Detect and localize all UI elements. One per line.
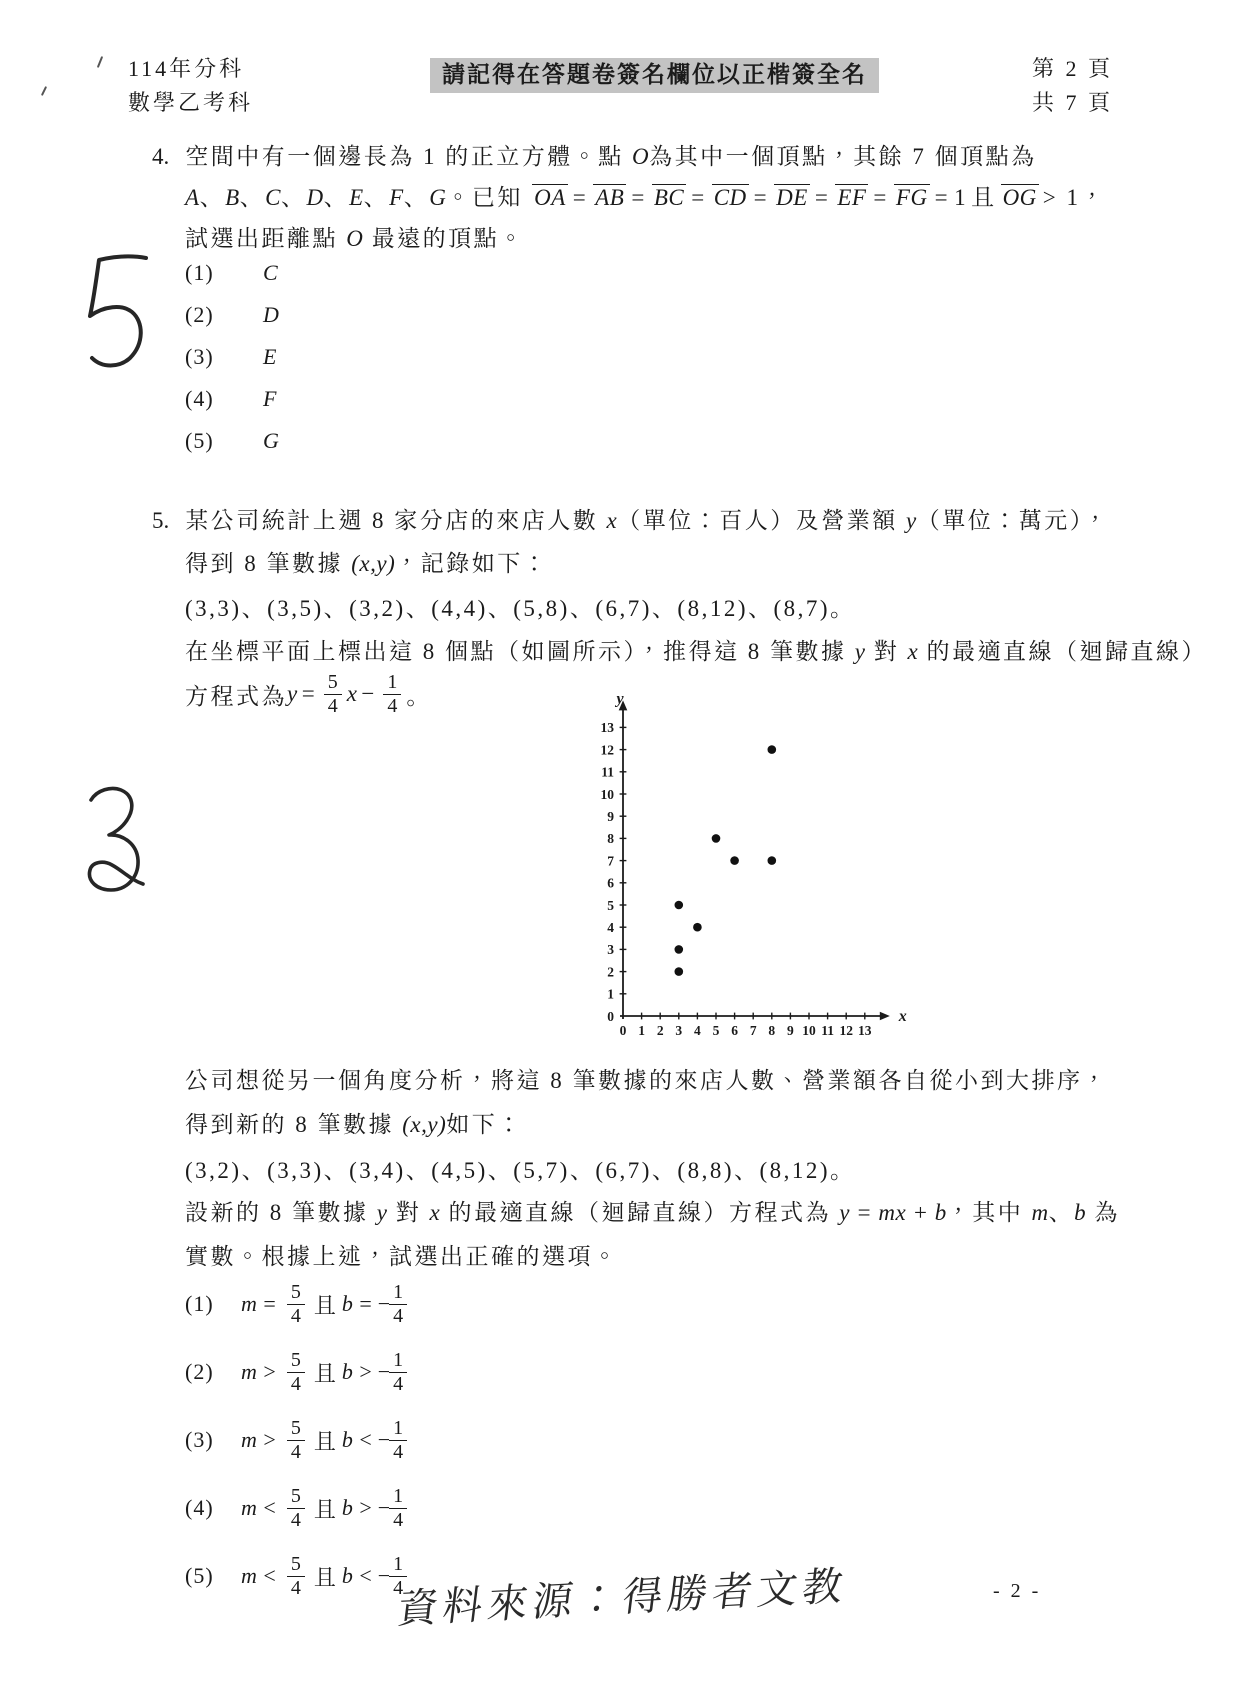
q5-data-list-2: (3,2)、(3,3)、(3,4)、(4,5)、(5,7)、(6,7)、(8,8… <box>185 1156 856 1186</box>
q5-para3: 設新的 8 筆數據 y 對 x 的最適直線（迴歸直線）方程式為 y = mx +… <box>185 1198 1120 1228</box>
conjunction-and: 且 <box>314 1357 338 1388</box>
q4-var-O: O <box>632 144 649 169</box>
q4-option-1: (1)C <box>185 260 278 286</box>
svg-text:12: 12 <box>601 742 615 757</box>
stray-pen-mark-1 <box>97 56 103 68</box>
q5-option-5: (5)m<54且b<−14 <box>185 1548 412 1604</box>
q5-option-4: (4)m<54且b>−14 <box>185 1480 412 1536</box>
option-value: C <box>263 260 278 286</box>
q4-option-3: (3)E <box>185 344 277 370</box>
equation-prefix: 方程式為 <box>185 678 287 711</box>
exam-title: 114年分科 數學乙考科 <box>128 52 253 120</box>
exam-page: 114年分科 數學乙考科 請記得在答題卷簽名欄位以正楷簽全名 第 2 頁 共 7… <box>0 0 1240 1702</box>
q5-para4: 實數。根據上述，試選出正確的選項。 <box>185 1242 619 1272</box>
fraction-numerator: 5 <box>287 1554 305 1577</box>
q4-segment-AB: AB <box>593 184 626 210</box>
q4-vertex: C <box>265 185 281 210</box>
q4-option-5: (5)G <box>185 428 279 454</box>
option-var-m: m <box>241 1291 257 1317</box>
option-var-b: b <box>342 1427 354 1453</box>
equation-var-x: x <box>347 681 358 707</box>
option-value: D <box>263 302 279 328</box>
footer-page-number: - 2 - <box>993 1580 1041 1603</box>
svg-text:7: 7 <box>750 1023 757 1038</box>
page-indicator-total: 共 7 頁 <box>1032 86 1113 120</box>
svg-text:4: 4 <box>607 920 614 935</box>
q5-var-x: x <box>907 639 918 664</box>
equals-sign: = <box>631 185 646 210</box>
equation-period: 。 <box>406 678 429 711</box>
q5-para3-text-c: 的最適直線（迴歸直線）方程式為 <box>440 1200 839 1225</box>
equals-sign: = <box>302 681 315 707</box>
q4-segment-FG: FG <box>894 184 930 210</box>
equation-var-y: y <box>287 681 298 707</box>
relation-sign: = <box>359 1291 371 1317</box>
svg-text:0: 0 <box>607 1009 614 1024</box>
relation-sign: > <box>359 1495 371 1521</box>
relation-sign: > <box>263 1427 275 1453</box>
conjunction-and: 且 <box>314 1289 338 1320</box>
header-notice-wrap: 請記得在答題卷簽名欄位以正楷簽全名 <box>430 56 879 89</box>
option-label: (2) <box>185 1359 241 1385</box>
relation-sign: < <box>359 1427 371 1453</box>
q5-line2: 得到 8 筆數據 (x,y)，記錄如下： <box>185 549 548 579</box>
svg-text:x: x <box>898 1008 907 1025</box>
svg-text:2: 2 <box>657 1023 664 1038</box>
q5-line2-text-b: ，記錄如下： <box>395 551 548 576</box>
svg-text:11: 11 <box>601 765 614 780</box>
q5-line1-text-c: （單位：萬元）， <box>917 508 1110 533</box>
option-label: (1) <box>185 1291 241 1317</box>
option-var-b: b <box>342 1359 354 1385</box>
option-value: F <box>263 386 277 412</box>
fraction-numerator: 1 <box>389 1350 407 1373</box>
svg-text:5: 5 <box>607 898 614 913</box>
svg-text:7: 7 <box>607 853 614 868</box>
conjunction-and: 且 <box>314 1493 338 1524</box>
q4-option-2: (2)D <box>185 302 279 328</box>
fraction-5-4: 54 <box>287 1486 305 1531</box>
source-note-handwriting: 資料來源：得勝者文教 <box>395 1554 851 1635</box>
q5-var-y: y <box>377 1200 388 1225</box>
fraction-5-4: 54 <box>287 1418 305 1463</box>
q4-line2-known: 。已知 <box>446 185 531 210</box>
svg-text:8: 8 <box>607 831 614 846</box>
q4-line3: 試選出距離點 O 最遠的頂點。 <box>185 224 525 254</box>
q5-para3-sep: 、 <box>1049 1200 1075 1225</box>
option-var-m: m <box>241 1563 257 1589</box>
fraction-denominator: 4 <box>291 1373 301 1395</box>
q4-line1: 4.空間中有一個邊長為 1 的正立方體。點 O為其中一個頂點，其餘 7 個頂點為 <box>152 142 1037 172</box>
q5-line4: 在坐標平面上標出這 8 個點（如圖所示），推得這 8 筆數據 y 對 x 的最適… <box>185 637 1207 667</box>
relation-sign: < <box>263 1563 275 1589</box>
q4-og-inequality: > 1， <box>1043 185 1106 210</box>
conjunction-and: 且 <box>314 1561 338 1592</box>
fraction-denominator: 4 <box>393 1305 403 1327</box>
q5-var-x: x <box>429 1200 440 1225</box>
q4-vertex-sep: 、 <box>281 185 307 210</box>
q4-vertex-sep: 、 <box>364 185 390 210</box>
relation-sign: < <box>359 1563 371 1589</box>
option-var-m: m <box>241 1427 257 1453</box>
q5-xy-tuple: (x,y) <box>351 551 395 576</box>
q4-line1-text-b: 為其中一個頂點，其餘 7 個頂點為 <box>649 144 1037 169</box>
q5-xy-tuple: (x,y) <box>402 1112 446 1137</box>
option-value: G <box>263 428 279 454</box>
q5-line4-text-a: 在坐標平面上標出這 8 個點（如圖所示），推得這 8 筆數據 <box>185 639 855 664</box>
q5-line1-text-b: （單位：百人）及營業額 <box>617 508 906 533</box>
equals-sign: = <box>754 185 769 210</box>
fraction-denominator: 4 <box>291 1305 301 1327</box>
q5-para3-text-a: 設新的 8 筆數據 <box>185 1200 377 1225</box>
handwritten-margin-digit-5 <box>82 248 152 372</box>
q5-para2-text: 公司想從另一個角度分析，將這 8 筆數據的來店人數、營業額各自從小到大排序， <box>185 1068 1108 1093</box>
svg-text:13: 13 <box>601 720 615 735</box>
q5-var-b: b <box>1074 1200 1086 1225</box>
fraction-5-4: 54 <box>287 1554 305 1599</box>
signature-notice: 請記得在答題卷簽名欄位以正楷簽全名 <box>430 58 879 93</box>
svg-text:4: 4 <box>694 1023 701 1038</box>
fraction-numerator: 5 <box>287 1350 305 1373</box>
q4-line1-text-a: 空間中有一個邊長為 1 的正立方體。點 <box>185 144 632 169</box>
svg-text:11: 11 <box>821 1023 834 1038</box>
svg-text:1: 1 <box>607 987 614 1002</box>
q5-line4-text-c: 的最適直線（迴歸直線） <box>918 639 1207 664</box>
relation-sign: = <box>263 1291 275 1317</box>
q4-line3-text-a: 試選出距離點 <box>185 226 346 251</box>
fraction-1-4: 14 <box>389 1282 407 1327</box>
option-label: (1) <box>185 260 237 286</box>
fraction-1-4: 14 <box>389 1350 407 1395</box>
q4-segment-OG: OG <box>1001 184 1039 210</box>
fraction-numerator: 1 <box>389 1418 407 1441</box>
exam-title-line1: 114年分科 <box>128 52 253 86</box>
svg-text:6: 6 <box>731 1023 738 1038</box>
q4-number: 4. <box>152 144 169 169</box>
fraction-denominator: 4 <box>291 1577 301 1599</box>
q4-segment-BC: BC <box>652 184 686 210</box>
fraction-numerator: 1 <box>389 1486 407 1509</box>
q5-para4-text: 實數。根據上述，試選出正確的選項。 <box>185 1244 619 1269</box>
option-label: (4) <box>185 1495 241 1521</box>
fraction-denominator: 4 <box>387 695 397 717</box>
q4-vertex: A <box>185 185 200 210</box>
page-indicator: 第 2 頁 共 7 頁 <box>1032 52 1113 120</box>
relation-sign: > <box>263 1359 275 1385</box>
q5-para2-line1: 公司想從另一個角度分析，將這 8 筆數據的來店人數、營業額各自從小到大排序， <box>185 1066 1108 1096</box>
fraction-numerator: 5 <box>287 1418 305 1441</box>
equals-sign: = <box>935 185 950 210</box>
fraction-denominator: 4 <box>291 1509 301 1531</box>
q5-line2-text-a: 得到 8 筆數據 <box>185 551 351 576</box>
q4-value-1: 1 <box>954 185 968 210</box>
fraction-numerator: 1 <box>389 1554 407 1577</box>
exam-title-line2: 數學乙考科 <box>128 86 253 120</box>
option-var-m: m <box>241 1495 257 1521</box>
fraction-numerator: 5 <box>324 672 342 695</box>
equals-sign: = <box>691 185 706 210</box>
equals-sign: = <box>815 185 830 210</box>
q5-para3-text-d: ，其中 <box>947 1200 1032 1225</box>
svg-text:5: 5 <box>713 1023 720 1038</box>
q5-data-list-1: (3,3)、(3,5)、(3,2)、(4,4)、(5,8)、(6,7)、(8,1… <box>185 594 856 624</box>
q4-segment-OA: OA <box>532 184 568 210</box>
fraction-numerator: 1 <box>389 1282 407 1305</box>
q4-vertex: B <box>225 185 240 210</box>
fraction-numerator: 1 <box>383 672 401 695</box>
fraction-5-4: 54 <box>287 1282 305 1327</box>
handwritten-margin-digit-3 <box>78 780 158 900</box>
q5-option-1: (1)m=54且b=−14 <box>185 1276 412 1332</box>
q4-and-word: 且 <box>971 185 997 210</box>
stray-pen-mark-2 <box>41 86 47 96</box>
svg-text:13: 13 <box>858 1023 872 1038</box>
q5-data-values-1: (3,3)、(3,5)、(3,2)、(4,4)、(5,8)、(6,7)、(8,1… <box>185 596 856 621</box>
q5-option-3: (3)m>54且b<−14 <box>185 1412 412 1468</box>
option-var-b: b <box>342 1495 354 1521</box>
svg-text:9: 9 <box>787 1023 794 1038</box>
svg-text:6: 6 <box>607 876 614 891</box>
fraction-denominator: 4 <box>393 1373 403 1395</box>
q4-segment-DE: DE <box>774 184 810 210</box>
q5-option-2: (2)m>54且b>−14 <box>185 1344 412 1400</box>
q5-model-equation: y = mx + b <box>839 1200 947 1225</box>
option-label: (5) <box>185 1563 241 1589</box>
equals-sign: = <box>873 185 888 210</box>
q4-vertex: G <box>429 185 446 210</box>
fraction-numerator: 5 <box>287 1282 305 1305</box>
svg-text:12: 12 <box>839 1023 853 1038</box>
svg-text:2: 2 <box>607 964 614 979</box>
q5-var-m: m <box>1032 1200 1049 1225</box>
svg-text:0: 0 <box>620 1023 627 1038</box>
q5-line4-text-b: 對 <box>865 639 907 664</box>
conjunction-and: 且 <box>314 1425 338 1456</box>
fraction-1-4: 14 <box>389 1418 407 1463</box>
q5-line1-text-a: 某公司統計上週 8 家分店的來店人數 <box>185 508 606 533</box>
fraction-denominator: 4 <box>291 1441 301 1463</box>
q4-vertex-sep: 、 <box>240 185 266 210</box>
q5-line1: 5.某公司統計上週 8 家分店的來店人數 x（單位：百人）及營業額 y（單位：萬… <box>152 506 1109 536</box>
svg-text:y: y <box>614 690 624 707</box>
fraction-denominator: 4 <box>393 1509 403 1531</box>
q4-vertex: F <box>389 185 404 210</box>
svg-text:3: 3 <box>607 942 614 957</box>
svg-text:9: 9 <box>607 809 614 824</box>
q5-var-x: x <box>607 508 618 533</box>
svg-text:10: 10 <box>802 1023 816 1038</box>
q5-var-y: y <box>906 508 917 533</box>
svg-text:1: 1 <box>638 1023 645 1038</box>
q4-vertex-sep: 、 <box>404 185 430 210</box>
relation-sign: > <box>359 1359 371 1385</box>
fraction-denominator: 4 <box>393 1441 403 1463</box>
q4-line2: A、B、C、D、E、F、G。已知 OA=AB=BC=CD=DE=EF=FG=1且… <box>185 183 1109 213</box>
option-var-m: m <box>241 1359 257 1385</box>
fraction-1-4: 14 <box>383 672 401 717</box>
q4-line3-text-b: 最遠的頂點。 <box>363 226 524 251</box>
option-label: (3) <box>185 344 237 370</box>
q4-vertex: E <box>349 185 364 210</box>
fraction-denominator: 4 <box>328 695 338 717</box>
fraction-5-4: 54 <box>287 1350 305 1395</box>
q5-para3-text-b: 對 <box>387 1200 429 1225</box>
option-label: (4) <box>185 386 237 412</box>
q4-vertex: D <box>306 185 323 210</box>
q4-option-4: (4)F <box>185 386 277 412</box>
q5-para3-text-e: 為 <box>1086 1200 1120 1225</box>
q4-vertex-sep: 、 <box>200 185 226 210</box>
option-label: (5) <box>185 428 237 454</box>
q5-para2-line2: 得到新的 8 筆數據 (x,y)如下： <box>185 1110 523 1140</box>
q5-number: 5. <box>152 508 169 533</box>
option-value: E <box>263 344 277 370</box>
scatter-plot: 012345678910111213012345678910111213xy <box>575 690 917 1046</box>
option-var-b: b <box>342 1291 354 1317</box>
svg-text:8: 8 <box>768 1023 775 1038</box>
option-label: (2) <box>185 302 237 328</box>
q5-data-values-2: (3,2)、(3,3)、(3,4)、(4,5)、(5,7)、(6,7)、(8,8… <box>185 1158 856 1183</box>
option-var-b: b <box>342 1563 354 1589</box>
q5-var-y: y <box>855 639 866 664</box>
page-indicator-current: 第 2 頁 <box>1032 52 1113 86</box>
relation-sign: < <box>263 1495 275 1521</box>
q5-para2-text-b: 如下： <box>446 1112 523 1137</box>
q5-para2-text-a: 得到新的 8 筆數據 <box>185 1112 402 1137</box>
equals-sign: = <box>573 185 588 210</box>
svg-text:10: 10 <box>601 787 615 802</box>
q5-regression-equation: 方程式為 y = 54 x − 14 。 <box>185 668 429 720</box>
q4-vertex-sep: 、 <box>324 185 350 210</box>
svg-text:3: 3 <box>675 1023 682 1038</box>
q4-segment-EF: EF <box>835 184 868 210</box>
option-label: (3) <box>185 1427 241 1453</box>
fraction-5-4: 54 <box>324 672 342 717</box>
q4-var-O: O <box>346 226 363 251</box>
fraction-1-4: 14 <box>389 1486 407 1531</box>
q4-segment-CD: CD <box>712 184 749 210</box>
minus-sign: − <box>361 681 374 707</box>
fraction-numerator: 5 <box>287 1486 305 1509</box>
